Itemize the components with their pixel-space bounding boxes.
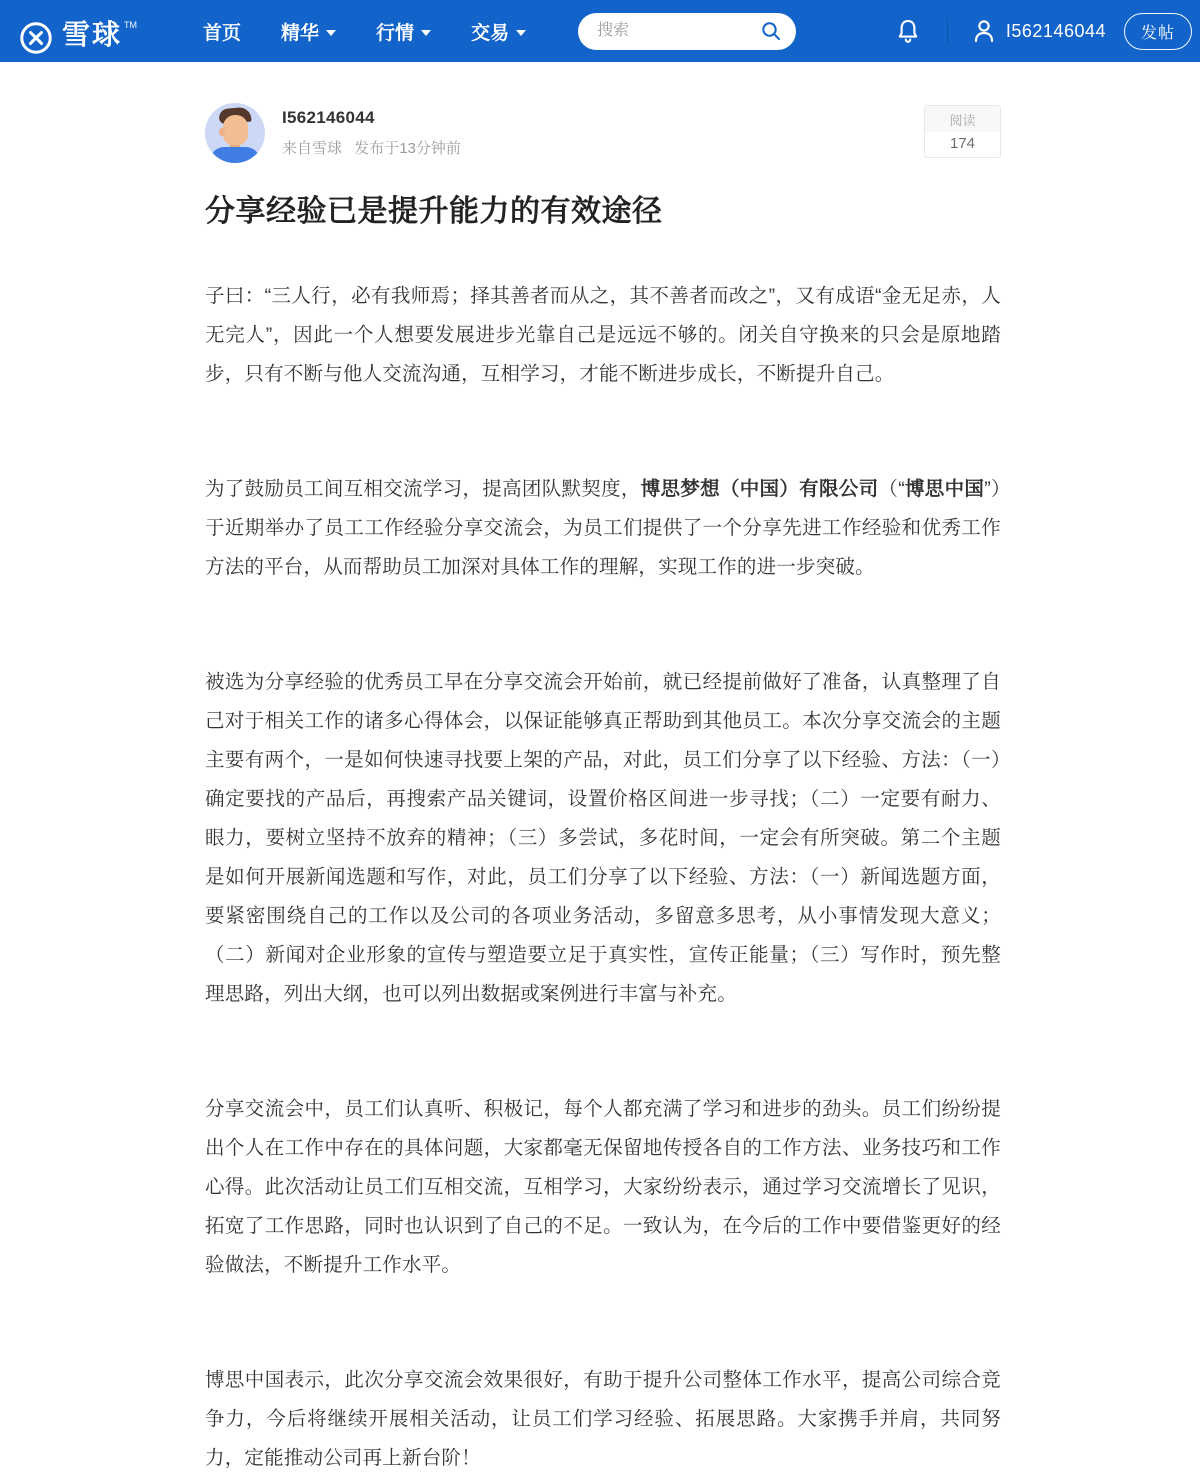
post-paragraph: 博思中国表示，此次分享交流会效果很好，有助于提升公司整体工作水平，提高公司综合竞…	[205, 1361, 1001, 1475]
post-paragraph: 分享交流会中，员工们认真听、积极记，每个人都充满了学习和进步的劲头。员工们纷纷提…	[205, 1090, 1001, 1285]
nav-item-home[interactable]: 首页	[183, 0, 261, 62]
read-count-badge: 阅读 174	[924, 105, 1001, 158]
nav-item-quotes[interactable]: 行情	[356, 0, 451, 62]
post-paragraph: 为了鼓励员工间互相交流学习，提高团队默契度，博思梦想（中国）有限公司（“博思中国…	[205, 470, 1001, 587]
post-paragraph: 子曰：“三人行，必有我师焉；择其善者而从之，其不善者而改之”，又有成语“金无足赤…	[205, 277, 1001, 394]
post-body: 子曰：“三人行，必有我师焉；择其善者而从之，其不善者而改之”，又有成语“金无足赤…	[205, 277, 1001, 1475]
navbar-right: I562146044 发帖	[891, 13, 1192, 50]
notifications-button[interactable]	[891, 13, 925, 49]
nav-item-label: 首页	[203, 18, 241, 45]
nav-item-label: 精华	[281, 18, 319, 45]
user-menu[interactable]: I562146044	[972, 18, 1106, 44]
post-timestamp: 发布于13分钟前	[354, 140, 461, 157]
top-navbar: 雪球 TM 首页精华行情交易 I562146044 发帖	[0, 0, 1200, 62]
chevron-down-icon	[421, 30, 431, 36]
author-avatar[interactable]	[205, 103, 265, 163]
post-article: I562146044 来自雪球 发布于13分钟前 阅读 174 分享经验已是提升…	[205, 103, 1001, 1475]
main-nav: 首页精华行情交易	[183, 0, 546, 62]
post-header: I562146044 来自雪球 发布于13分钟前 阅读 174	[205, 103, 1001, 163]
xueqiu-logo-icon	[18, 20, 54, 56]
avatar-face	[223, 115, 248, 145]
nav-item-hot[interactable]: 精华	[261, 0, 356, 62]
post-meta: 来自雪球 发布于13分钟前	[282, 137, 461, 158]
navbar-username: I562146044	[1006, 21, 1106, 42]
post-title: 分享经验已是提升能力的有效途径	[205, 192, 1001, 233]
author-block: I562146044 来自雪球 发布于13分钟前	[282, 103, 461, 163]
user-icon	[972, 18, 996, 44]
chevron-down-icon	[326, 30, 336, 36]
post-paragraph: 被选为分享经验的优秀员工早在分享交流会开始前，就已经提前做好了准备，认真整理了自…	[205, 663, 1001, 1014]
nav-item-label: 行情	[376, 18, 414, 45]
avatar-shirt	[210, 147, 260, 163]
nav-item-trade[interactable]: 交易	[451, 0, 546, 62]
author-name[interactable]: I562146044	[282, 108, 461, 128]
search-box	[578, 13, 796, 50]
navbar-divider	[947, 18, 948, 45]
read-count: 174	[925, 132, 1000, 157]
brand-name: 雪球	[62, 21, 122, 49]
avatar-ear	[219, 128, 225, 136]
post-source: 来自雪球	[282, 140, 342, 157]
create-post-button[interactable]: 发帖	[1124, 13, 1192, 50]
bell-icon	[895, 17, 921, 45]
search-icon[interactable]	[760, 20, 783, 43]
xueqiu-logo[interactable]: 雪球 TM	[18, 7, 137, 56]
read-label: 阅读	[925, 106, 1000, 132]
nav-item-label: 交易	[471, 18, 509, 45]
chevron-down-icon	[516, 30, 526, 36]
brand-tm: TM	[124, 20, 137, 30]
